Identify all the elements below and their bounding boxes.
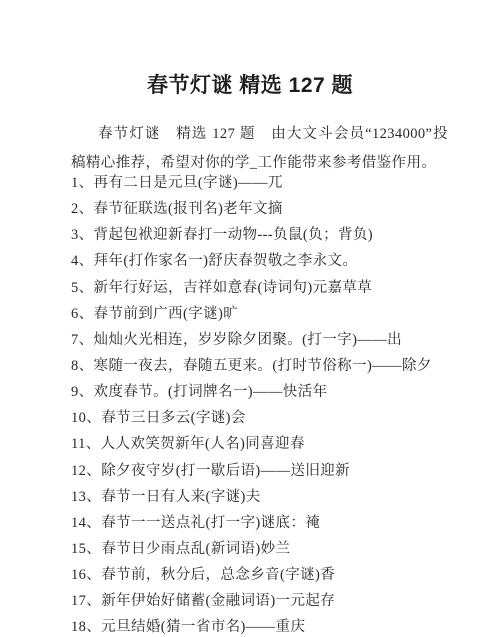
riddle-item: 9、欢度春节。(打词牌名一)——快活年 — [71, 379, 480, 405]
riddle-item: 4、拜年(打作家名一)舒庆春贺敬之李永文。 — [71, 248, 480, 274]
riddle-item: 10、春节三日多云(字谜)会 — [71, 405, 480, 431]
riddle-item: 18、元旦结婚(猜一省市名)——重庆 — [71, 614, 480, 637]
riddle-item: 15、春节日少雨点乱(新词语)妙兰 — [71, 536, 480, 562]
riddle-item: 11、人人欢笑贺新年(人名)同喜迎春 — [71, 431, 480, 457]
riddle-item: 7、灿灿火光相连，岁岁除夕团聚。(打一字)——出 — [71, 327, 480, 353]
riddle-item: 5、新年行好运，吉祥如意春(诗词句)元嘉草草 — [71, 275, 480, 301]
riddle-list: 1、再有二日是元旦(字谜)——兀2、春节征联选(报刊名)老年文摘3、背起包袱迎新… — [71, 170, 480, 637]
riddle-item: 13、春节一日有人来(字谜)夫 — [71, 484, 480, 510]
riddle-item: 3、背起包袱迎新春打一动物---负鼠(负；背负) — [71, 222, 480, 248]
riddle-item: 6、春节前到广西(字谜)旷 — [71, 301, 480, 327]
doc-title: 春节灯谜 精选 127 题 — [0, 0, 500, 99]
riddle-item: 16、春节前，秋分后，总念乡音(字谜)香 — [71, 562, 480, 588]
riddle-item: 2、春节征联选(报刊名)老年文摘 — [71, 196, 480, 222]
riddle-item: 8、寒随一夜去，春随五更来。(打时节俗称一)——除夕 — [71, 353, 480, 379]
riddle-item: 17、新年伊始好储蓄(金融词语)一元起存 — [71, 588, 480, 614]
intro-paragraph: 春节灯谜 精选 127 题 由大文斗会员“1234000”投稿精心推荐，希望对你… — [71, 120, 448, 177]
riddle-item: 14、春节一一送点礼(打一字)谜底：裺 — [71, 510, 480, 536]
document-page: 春节灯谜 精选 127 题 春节灯谜 精选 127 题 由大文斗会员“12340… — [0, 0, 500, 637]
riddle-item: 12、除夕夜守岁(打一歇后语)——送旧迎新 — [71, 458, 480, 484]
